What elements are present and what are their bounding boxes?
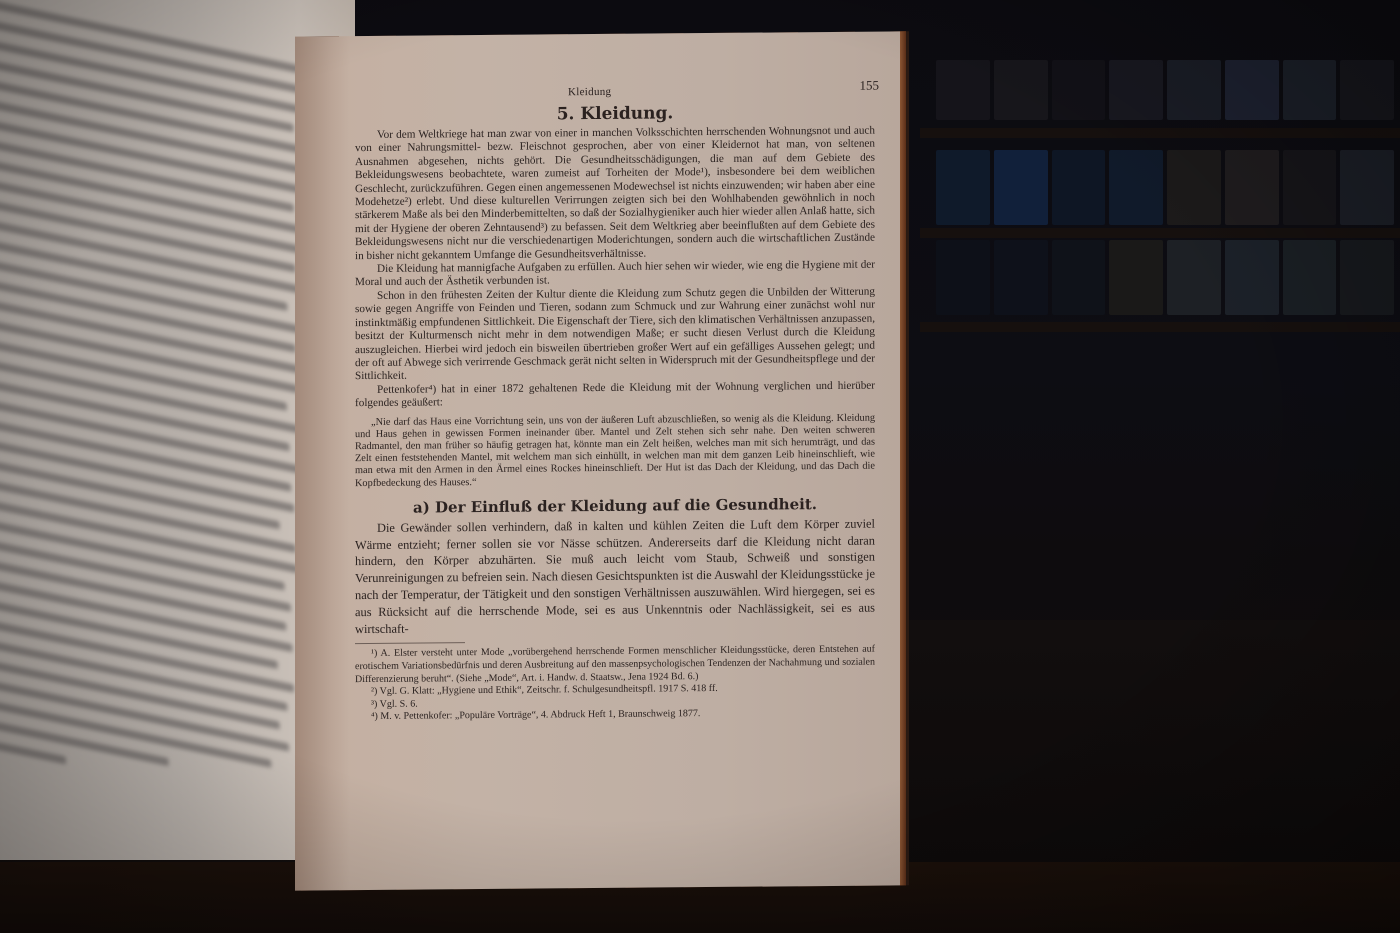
running-head: Kleidung 155 (355, 78, 875, 99)
running-title: Kleidung (568, 86, 611, 98)
footnote: ¹) A. Elster versteht unter Mode „vorübe… (355, 644, 875, 686)
footnote-divider (355, 642, 465, 644)
right-page: Kleidung 155 5. Kleidung. Vor dem Weltkr… (295, 31, 900, 890)
block-quote: „Nie darf das Haus eine Vorrichtung sein… (355, 412, 875, 490)
page-edge (900, 31, 906, 885)
bookshelf-shelf (920, 228, 1400, 238)
section-paragraph: Die Gewänder sollen verhindern, daß in k… (355, 515, 875, 637)
bookshelf-row-lower (930, 240, 1400, 315)
bookshelf-shelf (920, 128, 1400, 138)
body-paragraph: Pettenkofer⁴) hat in einer 1872 gehalten… (355, 379, 875, 410)
page-gutter-shadow (295, 36, 350, 890)
page-content: Kleidung 155 5. Kleidung. Vor dem Weltkr… (355, 78, 875, 724)
chapter-title: 5. Kleidung. (355, 102, 875, 127)
body-paragraph: Vor dem Weltkriege hat man zwar von eine… (355, 125, 875, 264)
bookshelf-row-middle (930, 150, 1400, 225)
page-number: 155 (860, 78, 880, 94)
bookshelf-row-top (930, 60, 1400, 120)
bookshelf-shelf (920, 322, 1400, 332)
left-page-blurred-text (0, 0, 330, 827)
body-paragraph: Schon in den frühesten Zeiten der Kultur… (355, 285, 875, 383)
section-title: a) Der Einfluß der Kleidung auf die Gesu… (355, 494, 875, 517)
